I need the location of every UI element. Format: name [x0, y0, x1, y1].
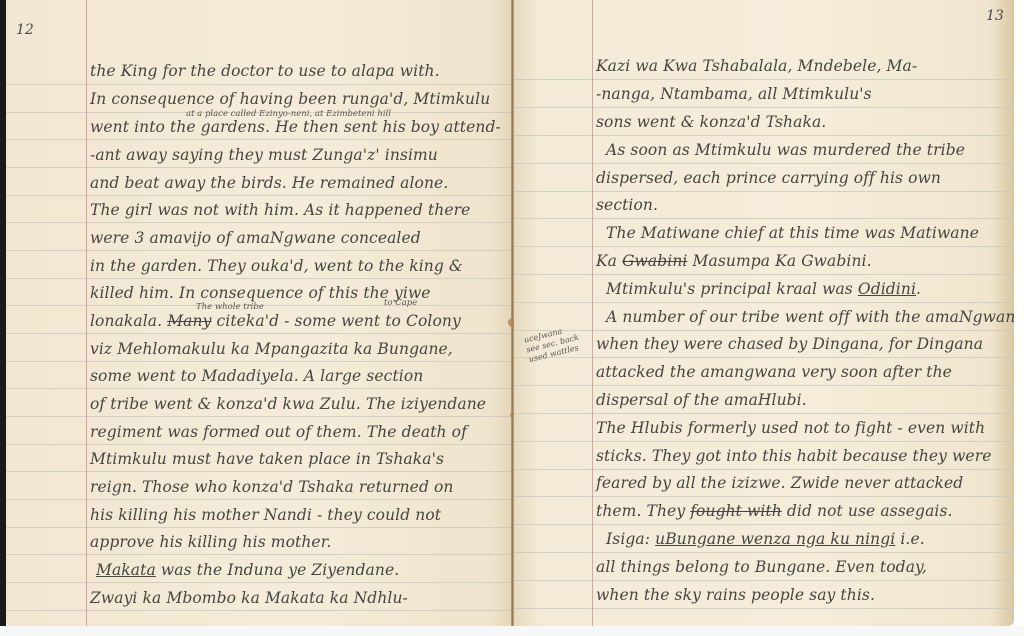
text-line: when the sky rains people say this.	[596, 586, 875, 604]
text-segment: .	[916, 280, 921, 298]
interlinear-note: The whole tribe	[196, 302, 264, 312]
text-line: A number of our tribe went off with the …	[596, 308, 1014, 326]
ruled-line	[514, 191, 1014, 192]
text-line: dispersal of the amaHlubi.	[596, 391, 807, 409]
underlined-text: Makata	[96, 561, 156, 579]
text-line: Ka Gwabini Masumpa Ka Gwabini.	[596, 252, 872, 270]
ruled-line	[514, 246, 1014, 247]
ruled-line	[514, 330, 1014, 331]
text-line: them. They fought with did not use asseg…	[596, 502, 953, 520]
ruled-line	[6, 84, 512, 85]
underlined-text: uBungane wenza nga ku ningi	[655, 530, 895, 548]
ruled-line	[6, 139, 512, 140]
text-line: viz Mehlomakulu ka Mpangazita ka Bungane…	[90, 340, 453, 358]
text-line: As soon as Mtimkulu was murdered the tri…	[596, 141, 965, 159]
text-line: and beat away the birds. He remained alo…	[90, 174, 448, 192]
text-line: Makata was the Induna ye Ziyendane.	[96, 561, 399, 579]
text-line: The girl was not with him. As it happene…	[90, 201, 470, 219]
ruled-line	[514, 524, 1014, 525]
text-line: reign. Those who konza'd Tshaka returned…	[90, 478, 454, 496]
ruled-line	[514, 274, 1014, 275]
ruled-line	[6, 195, 512, 196]
ruled-line	[514, 302, 1014, 303]
margin-line	[86, 0, 87, 626]
ruled-line	[6, 250, 512, 251]
text-segment: was the Induna ye Ziyendane.	[156, 561, 399, 579]
margin-line	[592, 0, 593, 626]
text-line: his killing his mother Nandi - they coul…	[90, 506, 441, 524]
ruled-line	[514, 135, 1014, 136]
text-segment: lonakala.	[90, 312, 162, 330]
text-line: attacked the amangwana very soon after t…	[596, 363, 952, 381]
text-line: Mtimkulu's principal kraal was Odidini.	[596, 280, 921, 298]
text-line: when they were chased by Dingana, for Di…	[596, 335, 983, 353]
text-line: sticks. They got into this habit because…	[596, 447, 992, 465]
text-segment: citeka'd - some went to Colony	[211, 312, 460, 330]
underlined-text: Odidini	[858, 280, 916, 298]
ruled-line	[514, 608, 1014, 609]
text-line: sons went & konza'd Tshaka.	[596, 113, 826, 131]
struck-text: fought with	[690, 502, 782, 520]
page-number: 13	[986, 8, 1004, 24]
ruled-line	[6, 278, 512, 279]
text-line: The Hlubis formerly used not to fight - …	[596, 419, 985, 437]
ruled-line	[514, 496, 1014, 497]
ruled-line	[6, 416, 512, 417]
text-segment: i.e.	[895, 530, 924, 548]
text-line: Kazi wa Kwa Tshabalala, Mndebele, Ma-	[596, 57, 917, 75]
ruled-line	[6, 554, 512, 555]
text-line: The Matiwane chief at this time was Mati…	[596, 224, 979, 242]
text-line: regiment was formed out of them. The dea…	[90, 423, 467, 441]
ruled-line	[514, 413, 1014, 414]
ruled-line	[514, 469, 1014, 470]
text-line: lonakala. Many citeka'd - some went to C…	[90, 312, 461, 330]
text-segment: did not use assegais.	[782, 502, 953, 520]
text-line: -ant away saying they must Zunga'z' insi…	[90, 146, 438, 164]
scan-background	[0, 626, 1024, 636]
ruled-line	[514, 79, 1014, 80]
struck-text: Gwabini	[622, 252, 687, 270]
text-line: killed him. In consequence of this the y…	[90, 284, 431, 302]
text-line: went into the gardens. He then sent his …	[90, 118, 501, 136]
text-line: section.	[596, 196, 658, 214]
ruled-line	[6, 222, 512, 223]
text-segment: Isiga:	[596, 530, 655, 548]
text-line: Isiga: uBungane wenza nga ku ningi i.e.	[596, 530, 925, 548]
ruled-line	[6, 167, 512, 168]
text-line: Zwayi ka Mbombo ka Makata ka Ndhlu-	[90, 589, 408, 607]
ruled-line	[6, 471, 512, 472]
ruled-line	[514, 580, 1014, 581]
ruled-line	[6, 444, 512, 445]
ruled-line	[6, 527, 512, 528]
ruled-line	[6, 499, 512, 500]
text-line: -nanga, Ntambama, all Mtimkulu's	[596, 85, 872, 103]
text-line: were 3 amavijo of amaNgwane concealed	[90, 229, 421, 247]
page-number: 12	[16, 22, 34, 38]
text-line: all things belong to Bungane. Even today…	[596, 558, 927, 576]
text-segment: Mtimkulu's principal kraal was	[596, 280, 858, 298]
text-segment: Ka	[596, 252, 622, 270]
ruled-line	[514, 441, 1014, 442]
ruled-line	[514, 218, 1014, 219]
ruled-line	[6, 333, 512, 334]
interlinear-note: to Cape	[384, 298, 417, 308]
text-line: dispersed, each prince carrying off his …	[596, 169, 941, 187]
ruled-line	[514, 163, 1014, 164]
text-line: feared by all the izizwe. Zwide never at…	[596, 474, 963, 492]
ruled-line	[6, 388, 512, 389]
text-line: some went to Madadiyela. A large section	[90, 367, 423, 385]
left-page: 12 the King for the doctor to use to ala…	[6, 0, 512, 626]
ruled-line	[6, 610, 512, 611]
text-line: of tribe went & konza'd kwa Zulu. The iz…	[90, 395, 486, 413]
ruled-line	[514, 107, 1014, 108]
text-line: in the garden. They ouka'd, went to the …	[90, 257, 463, 275]
text-segment: them. They	[596, 502, 690, 520]
right-page: 13 Kazi wa Kwa Tshabalala, Mndebele, Ma-…	[514, 0, 1014, 626]
text-line: In consequence of having been runga'd, M…	[90, 90, 490, 108]
ruled-line	[514, 357, 1014, 358]
ruled-line	[6, 582, 512, 583]
notebook-spread: 12 the King for the doctor to use to ala…	[0, 0, 1024, 636]
text-segment: Masumpa Ka Gwabini.	[687, 252, 871, 270]
text-line: Mtimkulu must have taken place in Tshaka…	[90, 450, 444, 468]
ruled-line	[6, 361, 512, 362]
ruled-line	[514, 385, 1014, 386]
text-line: approve his killing his mother.	[90, 533, 332, 551]
ruled-line	[514, 552, 1014, 553]
struck-text: Many	[167, 312, 211, 330]
text-line: the King for the doctor to use to alapa …	[90, 62, 440, 80]
